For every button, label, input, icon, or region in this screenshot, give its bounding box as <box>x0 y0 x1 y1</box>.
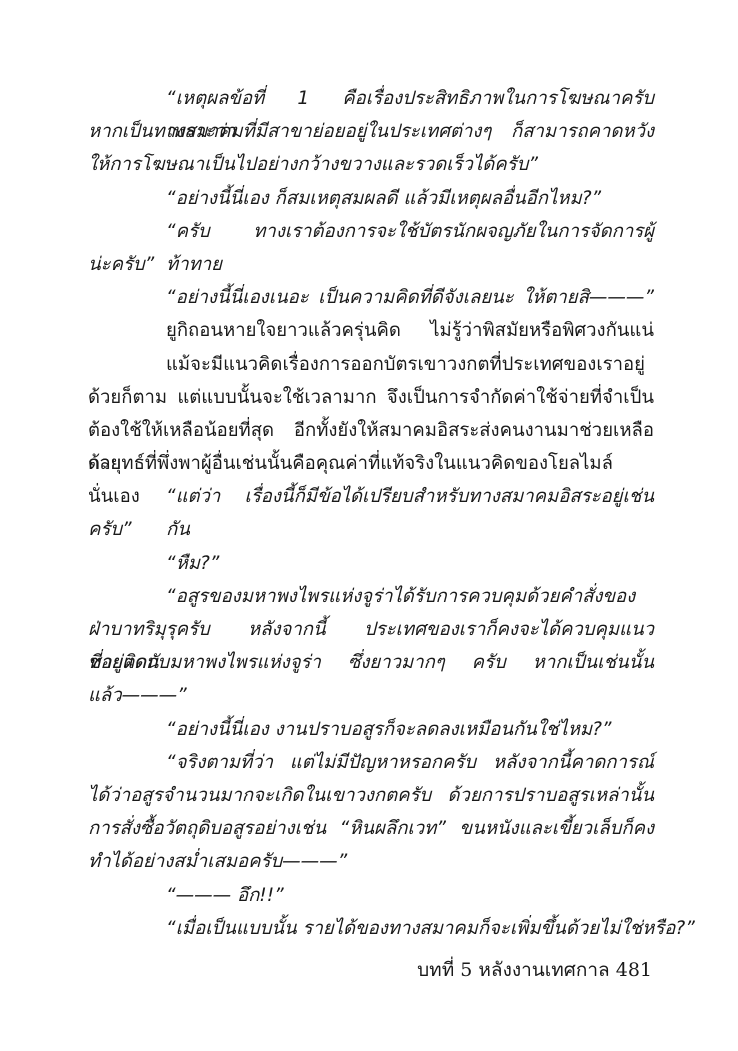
text-line: ทำได้อย่างสม่ำเสมอครับ———” <box>88 845 654 878</box>
text-line: การสั่งซื้อวัตถุดิบอสูรอย่างเช่น “หินผลึ… <box>88 812 654 845</box>
text-line: ให้การโฆษณาเป็นไปอย่างกว้างขวางและรวดเร็… <box>88 148 654 181</box>
text-line: แม้จะมีแนวคิดเรื่องการออกบัตรเขาวงกตที่ป… <box>88 348 654 381</box>
text-line: แล้ว———” <box>88 679 654 712</box>
text-line: ฝ่าบาทริมุรุครับ หลังจากนี้ ประเทศของเรา… <box>88 613 654 646</box>
text-line: “เมื่อเป็นแบบนั้น รายได้ของทางสมาคมก็จะเ… <box>88 912 654 945</box>
text-line: กลยุทธ์ที่พึ่งพาผู้อื่นเช่นนั้นคือคุณค่า… <box>88 447 654 480</box>
text-line: “อย่างนี้นี่เอง งานปราบอสูรก็จะลดลงเหมือ… <box>88 713 654 746</box>
text-line: หากเป็นทางสมาคมที่มีสาขาย่อยอยู่ในประเทศ… <box>88 115 654 148</box>
text-line: ด้วยก็ตาม แต่แบบนั้นจะใช้เวลามาก จึงเป็น… <box>88 381 654 414</box>
text-line: “——— อึก!!” <box>88 879 654 912</box>
page-number: 481 <box>616 959 652 981</box>
text-line: ได้ว่าอสูรจำนวนมากจะเกิดในเขาวงกตครับ ด้… <box>88 779 654 812</box>
text-line: “แต่ว่า เรื่องนี้ก็มีข้อได้เปรียบสำหรับท… <box>88 480 654 513</box>
text-line: “อย่างนี้นี่เองเนอะ เป็นความคิดที่ดีจังเ… <box>88 281 654 314</box>
chapter-title: บทที่ 5 หลังงานเทศกาล <box>417 959 610 981</box>
text-line: ต้องใช้ให้เหลือน้อยที่สุด อีกทั้งยังให้ส… <box>88 414 654 447</box>
text-line: ที่อยู่ติดกับมหาพงไพรแห่งจูร่า ซึ่งยาวมา… <box>88 646 654 679</box>
page-footer: บทที่ 5 หลังงานเทศกาล 481 <box>380 955 652 985</box>
text-line: “อสูรของมหาพงไพรแห่งจูร่าได้รับการควบคุม… <box>88 580 654 613</box>
text-line: “เหตุผลข้อที่ 1 คือเรื่องประสิทธิภาพในกา… <box>88 82 654 115</box>
text-line: ยูกิถอนหายใจยาวแล้วครุ่นคิด ไม่รู้ว่าพิส… <box>88 314 654 347</box>
text-line: “อย่างนี้นี่เอง ก็สมเหตุสมผลดี แล้วมีเหต… <box>88 182 654 215</box>
text-line: “หืม?” <box>88 547 654 580</box>
text-line: “จริงตามที่ว่า แต่ไม่มีปัญหาหรอกครับ หลั… <box>88 746 654 779</box>
page-body: “เหตุผลข้อที่ 1 คือเรื่องประสิทธิภาพในกา… <box>88 82 654 945</box>
text-line: “ครับ ทางเราต้องการจะใช้บัตรนักผจญภัยในก… <box>88 215 654 248</box>
